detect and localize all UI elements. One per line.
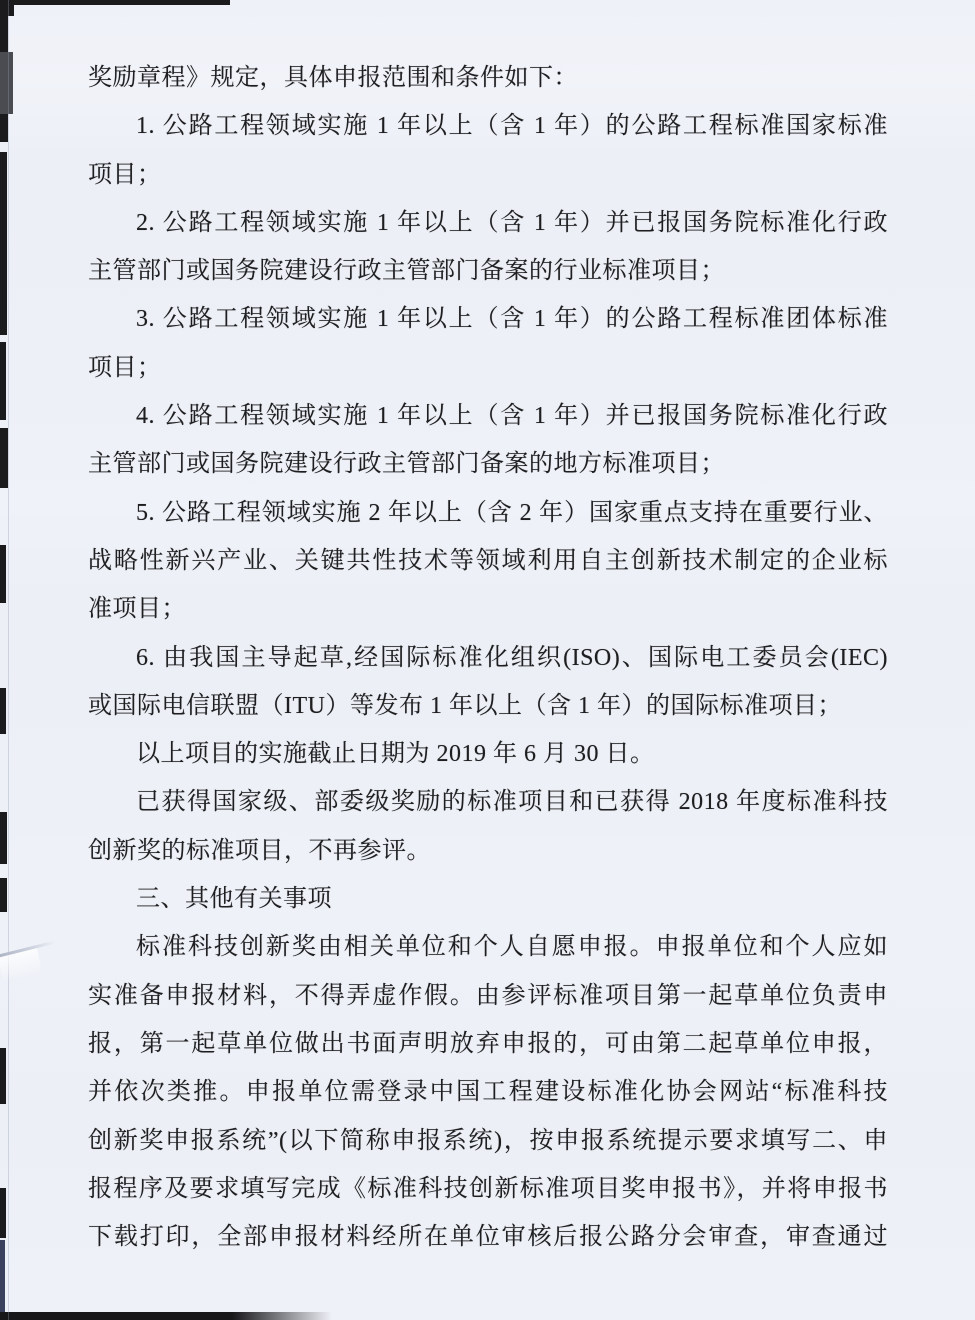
text-line: 或国际电信联盟（ITU）等发布 1 年以上（含 1 年）的国际标准项目； xyxy=(88,682,888,730)
text-line: 准项目； xyxy=(88,585,888,633)
scan-artifact-left-bump xyxy=(0,52,13,114)
scan-artifact-left-2 xyxy=(0,152,7,335)
text-line: 项目； xyxy=(88,344,888,392)
scanned-page: { "page": { "paper_color": "#edf0f7", "i… xyxy=(0,0,975,1320)
text-line: 战略性新兴产业、关键共性技术等领域利用自主创新技术制定的企业标 xyxy=(88,537,888,585)
paper-fold-line xyxy=(8,0,9,1320)
text-line: 2. 公路工程领域实施 1 年以上（含 1 年）并已报国务院标准化行政 xyxy=(88,199,888,247)
scan-artifact-left-6 xyxy=(0,688,6,734)
scan-artifact-left-5 xyxy=(0,545,6,603)
text-line: 下载打印，全部申报材料经所在单位审核后报公路分会审查，审查通过 xyxy=(88,1213,888,1261)
text-line: 3. 公路工程领域实施 1 年以上（含 1 年）的公路工程标准团体标准 xyxy=(88,295,888,343)
text-line: 报，第一起草单位做出书面声明放弃申报的，可由第二起草单位申报， xyxy=(88,1020,888,1068)
text-line: 主管部门或国务院建设行政主管部门备案的行业标准项目； xyxy=(88,247,888,295)
scan-artifact-left-9 xyxy=(0,1048,6,1104)
text-line: 1. 公路工程领域实施 1 年以上（含 1 年）的公路工程标准国家标准 xyxy=(88,102,888,150)
scan-artifact-left-10 xyxy=(0,1188,6,1238)
text-line: 创新奖申报系统”(以下简称申报系统)，按申报系统提示要求填写二、申 xyxy=(88,1117,888,1165)
scan-artifact-left-4 xyxy=(0,428,8,488)
text-line: 实准备申报材料，不得弄虚作假。由参评标准项目第一起草单位负责申 xyxy=(88,972,888,1020)
text-line: 主管部门或国务院建设行政主管部门备案的地方标准项目； xyxy=(88,440,888,488)
text-line: 4. 公路工程领域实施 1 年以上（含 1 年）并已报国务院标准化行政 xyxy=(88,392,888,440)
scan-artifact-left-7 xyxy=(0,812,7,864)
scan-artifact-bottom-strip xyxy=(0,1312,332,1320)
text-line: 创新奖的标准项目，不再参评。 xyxy=(88,827,888,875)
text-line: 项目； xyxy=(88,151,888,199)
text-line: 6. 由我国主导起草,经国际标准化组织(ISO)、国际电工委员会(IEC) xyxy=(88,634,888,682)
text-line: 标准科技创新奖由相关单位和个人自愿申报。申报单位和个人应如 xyxy=(88,923,888,971)
text-line: 报程序及要求填写完成《标准科技创新标准项目奖申报书》，并将申报书 xyxy=(88,1165,888,1213)
scan-artifact-left-8 xyxy=(0,878,7,912)
text-line: 5. 公路工程领域实施 2 年以上（含 2 年）国家重点支持在重要行业、 xyxy=(88,489,888,537)
scan-artifact-top-strip xyxy=(0,0,230,5)
text-line: 并依次类推。申报单位需登录中国工程建设标准化协会网站“标准科技 xyxy=(88,1068,888,1116)
scan-artifact-corner-blue xyxy=(0,1240,5,1314)
text-line: 奖励章程》规定，具体申报范围和条件如下： xyxy=(88,54,888,102)
document-lines: 奖励章程》规定，具体申报范围和条件如下：1. 公路工程领域实施 1 年以上（含 … xyxy=(88,54,888,1261)
scan-artifact-left-3 xyxy=(0,342,6,420)
text-line: 以上项目的实施截止日期为 2019 年 6 月 30 日。 xyxy=(88,730,888,778)
text-line: 三、其他有关事项 xyxy=(88,875,888,923)
text-line: 已获得国家级、部委级奖励的标准项目和已获得 2018 年度标准科技 xyxy=(88,778,888,826)
